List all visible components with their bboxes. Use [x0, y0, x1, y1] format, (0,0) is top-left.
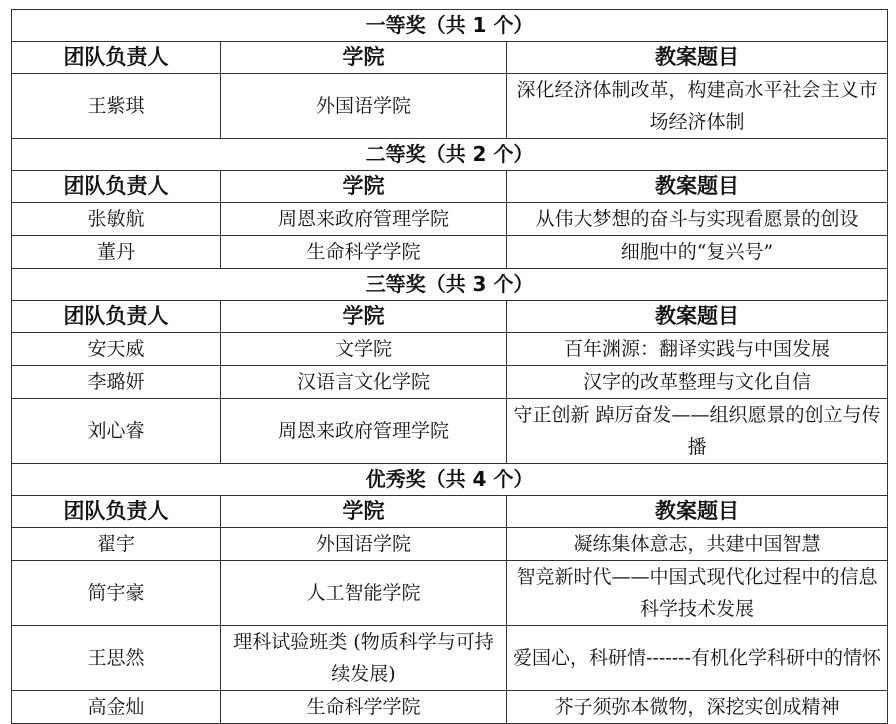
cell-college: 外国语学院 — [221, 74, 507, 139]
column-header-row: 团队负责人 学院 教案题目 — [12, 496, 888, 528]
cell-leader: 李璐妍 — [12, 366, 221, 399]
cell-leader: 张敏航 — [12, 203, 221, 236]
header-topic: 教案题目 — [507, 496, 888, 528]
table-row: 高金灿 生命科学学院 芥子须弥本微物，深挖实创成精神 — [12, 691, 888, 724]
column-header-row: 团队负责人 学院 教案题目 — [12, 301, 888, 333]
section-header-first-prize: 一等奖（共 1 个） — [12, 10, 888, 42]
cell-college: 理科试验班类 (物质科学与可持续发展) — [221, 626, 507, 691]
table-row: 王思然 理科试验班类 (物质科学与可持续发展) 爱国心，科研情-------有机… — [12, 626, 888, 691]
cell-leader: 高金灿 — [12, 691, 221, 724]
header-leader: 团队负责人 — [12, 496, 221, 528]
header-topic: 教案题目 — [507, 42, 888, 74]
header-leader: 团队负责人 — [12, 301, 221, 333]
cell-college: 文学院 — [221, 333, 507, 366]
section-header-second-prize: 二等奖（共 2 个） — [12, 139, 888, 171]
cell-college: 汉语言文化学院 — [221, 366, 507, 399]
table-row: 董丹 生命科学学院 细胞中的“复兴号” — [12, 236, 888, 269]
cell-leader: 翟宇 — [12, 528, 221, 561]
cell-topic: 百年渊源：翻译实践与中国发展 — [507, 333, 888, 366]
cell-topic: 守正创新 踔厉奋发——组织愿景的创立与传播 — [507, 399, 888, 464]
cell-college: 周恩来政府管理学院 — [221, 399, 507, 464]
cell-topic: 芥子须弥本微物，深挖实创成精神 — [507, 691, 888, 724]
header-college: 学院 — [221, 42, 507, 74]
cell-college: 生命科学学院 — [221, 691, 507, 724]
column-header-row: 团队负责人 学院 教案题目 — [12, 42, 888, 74]
cell-leader: 王思然 — [12, 626, 221, 691]
cell-topic: 爱国心，科研情-------有机化学科研中的情怀 — [507, 626, 888, 691]
cell-college: 外国语学院 — [221, 528, 507, 561]
section-title: 二等奖（共 2 个） — [12, 139, 888, 171]
cell-topic: 细胞中的“复兴号” — [507, 236, 888, 269]
cell-college: 人工智能学院 — [221, 561, 507, 626]
section-header-excellence-award: 优秀奖（共 4 个） — [12, 464, 888, 496]
table-row: 安天威 文学院 百年渊源：翻译实践与中国发展 — [12, 333, 888, 366]
cell-leader: 董丹 — [12, 236, 221, 269]
table-row: 张敏航 周恩来政府管理学院 从伟大梦想的奋斗与实现看愿景的创设 — [12, 203, 888, 236]
cell-topic: 从伟大梦想的奋斗与实现看愿景的创设 — [507, 203, 888, 236]
cell-leader: 王紫琪 — [12, 74, 221, 139]
table-row: 王紫琪 外国语学院 深化经济体制改革，构建高水平社会主义市场经济体制 — [12, 74, 888, 139]
header-college: 学院 — [221, 301, 507, 333]
header-college: 学院 — [221, 171, 507, 203]
section-header-third-prize: 三等奖（共 3 个） — [12, 269, 888, 301]
column-header-row: 团队负责人 学院 教案题目 — [12, 171, 888, 203]
header-topic: 教案题目 — [507, 301, 888, 333]
cell-leader: 刘心睿 — [12, 399, 221, 464]
section-title: 一等奖（共 1 个） — [12, 10, 888, 42]
cell-leader: 简宇豪 — [12, 561, 221, 626]
awards-table: 一等奖（共 1 个） 团队负责人 学院 教案题目 王紫琪 外国语学院 深化经济体… — [11, 9, 888, 724]
section-title: 三等奖（共 3 个） — [12, 269, 888, 301]
cell-college: 生命科学学院 — [221, 236, 507, 269]
section-title: 优秀奖（共 4 个） — [12, 464, 888, 496]
header-topic: 教案题目 — [507, 171, 888, 203]
table-row: 翟宇 外国语学院 凝练集体意志，共建中国智慧 — [12, 528, 888, 561]
table-row: 刘心睿 周恩来政府管理学院 守正创新 踔厉奋发——组织愿景的创立与传播 — [12, 399, 888, 464]
cell-college: 周恩来政府管理学院 — [221, 203, 507, 236]
header-leader: 团队负责人 — [12, 42, 221, 74]
table-row: 李璐妍 汉语言文化学院 汉字的改革整理与文化自信 — [12, 366, 888, 399]
cell-leader: 安天威 — [12, 333, 221, 366]
cell-topic: 凝练集体意志，共建中国智慧 — [507, 528, 888, 561]
cell-topic: 汉字的改革整理与文化自信 — [507, 366, 888, 399]
cell-topic: 深化经济体制改革，构建高水平社会主义市场经济体制 — [507, 74, 888, 139]
table-row: 简宇豪 人工智能学院 智竞新时代——中国式现代化过程中的信息科学技术发展 — [12, 561, 888, 626]
cell-topic: 智竞新时代——中国式现代化过程中的信息科学技术发展 — [507, 561, 888, 626]
header-leader: 团队负责人 — [12, 171, 221, 203]
header-college: 学院 — [221, 496, 507, 528]
